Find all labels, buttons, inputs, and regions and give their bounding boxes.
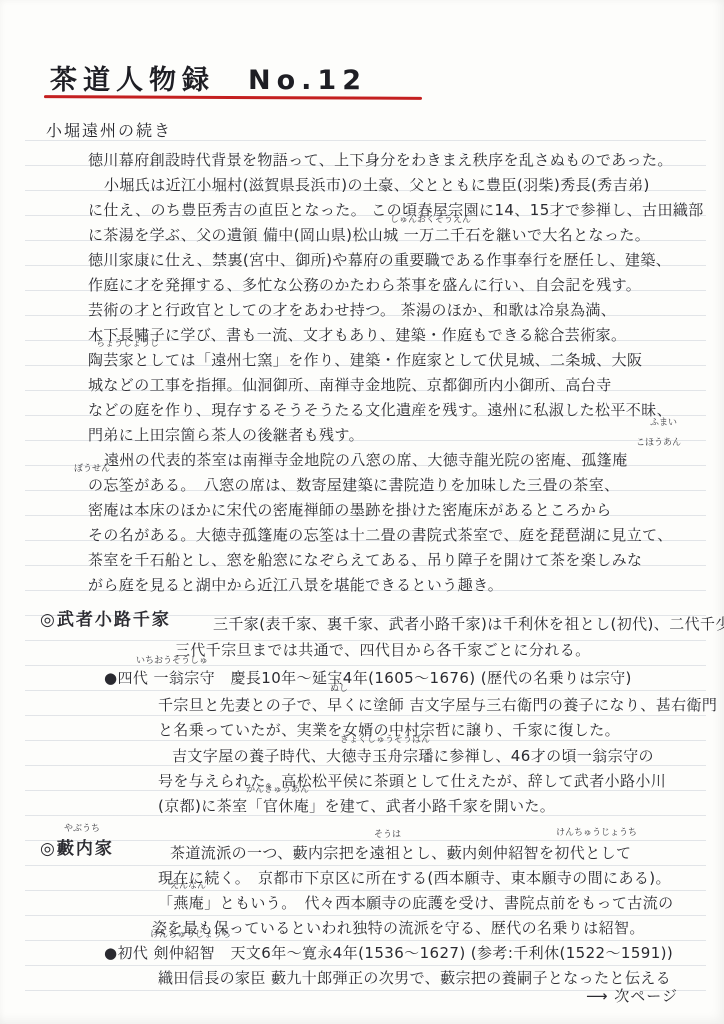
furigana-note: ぬし xyxy=(330,684,348,694)
handwritten-line: などの庭を作り、現存するそうそうたる文化遺産を残す。遠州に私淑した松平不昧、 xyxy=(88,400,672,420)
handwritten-line: 木下長嘯子に学び、書も一流、文才もあり、建築・作庭もできる総合芸術家。 xyxy=(88,325,626,345)
handwritten-line: (京都)に茶室「官休庵」を建て、武者小路千家を開いた。 xyxy=(158,796,555,816)
handwritten-line: 小堀氏は近江小堀村(滋賀県長浜市)の土豪、父とともに豊臣(羽柴)秀長(秀吉弟) xyxy=(104,175,650,195)
entry-shodai-kenchu-jochi: ●初代 剣仲紹智 天文6年〜寛永4年(1536〜1627) (参考:千利休(15… xyxy=(104,943,673,963)
handwritten-line: 千宗旦と先妻との子で、早くに塗師 吉文字屋与三右衛門の養子になり、甚右衛門 xyxy=(158,695,717,715)
furigana-note: ぼうせん xyxy=(74,464,110,474)
handwritten-line: 密庵は本床のほかに宋代の密庵禅師の墨跡を掛けた密庵床があるところから xyxy=(88,500,612,520)
handwritten-line: 徳川家康に仕え、禁裏(宮中、御所)や幕府の重要職である作事奉行を歴任し、建築、 xyxy=(88,250,671,270)
handwritten-line: 号を与えられた。高松松平侯に茶頭として仕えたが、辞して武者小路小川 xyxy=(158,771,666,791)
furigana-note: けんちゅうじょうち xyxy=(556,828,637,838)
handwritten-line: 城などの工事を指揮。仙洞御所、南禅寺金地院、京都御所内小御所、高台寺 xyxy=(88,375,612,395)
furigana-note: ぎょくしゅうそうばん xyxy=(340,735,430,745)
notebook-page: 茶道人物録 No.12 小堀遠州の続き 徳川幕府創設時代背景を物語って、上下身分… xyxy=(0,0,724,1024)
handwritten-line: 茶室を千石船とし、窓を船窓になぞらえてある、吊り障子を開けて茶を楽しみな xyxy=(88,550,642,570)
section-heading-mushanokoji-senke: ◎武者小路千家 xyxy=(40,610,171,630)
handwritten-line: 陶芸家としては「遠州七窯」を作り、建築・作庭家として伏見城、二条城、大阪 xyxy=(88,350,642,370)
handwritten-line: 芸術の才と行政官としての才をあわせ持つ。 茶湯のほか、和歌は冷泉為満、 xyxy=(88,300,616,320)
handwritten-line: 茶道流派の一つ、藪内宗把を遠祖とし、藪内剣仲紹智を初代として xyxy=(170,843,631,863)
handwritten-line: 吉文字屋の養子時代、大徳寺玉舟宗璠に参禅し、46才の頃一翁宗守の xyxy=(172,746,654,766)
handwritten-line: 遠州の代表的茶室は南禅寺金地院の八窓の席、大徳寺龍光院の密庵、孤篷庵 xyxy=(104,450,628,470)
furigana-note: ちょうしょうし xyxy=(96,339,159,349)
furigana-note: かんきゅうあん xyxy=(246,785,309,795)
furigana-note: えんなん xyxy=(170,881,206,891)
handwritten-line: 「燕庵」ともいう。 代々西本願寺の庇護を受け、書院点前をもって古流の xyxy=(158,893,674,913)
handwritten-line: その名がある。大徳寺孤篷庵の忘筌は十二畳の書院式茶室で、庭を琵琶湖に見立て、 xyxy=(88,525,673,545)
furigana-note: けんちゅうじょうち xyxy=(150,930,231,940)
page-title: 茶道人物録 No.12 xyxy=(50,58,367,97)
furigana-note: いちおうそうしゅ xyxy=(136,656,208,666)
handwritten-line: 現在に続く。 京都市下京区に所在する(西本願寺、東本願寺の間にある)。 xyxy=(158,868,671,888)
furigana-note: ふまい xyxy=(650,418,677,428)
handwritten-line: 三代千宗旦までは共通で、四代目から各千家ごとに分れる。 xyxy=(175,640,591,660)
section-heading-kobori-enshu: 小堀遠州の続き xyxy=(46,118,172,141)
furigana-note: やぶうち xyxy=(64,824,100,834)
furigana-note: こほうあん xyxy=(636,438,681,448)
next-page-note: ⟶ 次ページ xyxy=(586,985,678,1006)
handwritten-line: 門弟に上田宗箇ら茶人の後継者も残す。 xyxy=(88,425,364,445)
furigana-note: しゅんおくそうえん xyxy=(390,215,471,225)
entry-yondai-ichio-soshu: ●四代 一翁宗守 慶長10年〜延宝4年(1605〜1676) (歴代の名乗りは宗… xyxy=(104,668,632,688)
section-heading-yabunouchi-ke: ◎藪内家 xyxy=(40,839,114,859)
title-underline xyxy=(44,95,422,100)
handwritten-line: 作庭に才を発揮する、多忙な公務のかたわら茶事を盛んに行い、自会記を残す。 xyxy=(88,275,641,295)
handwritten-line: がら庭を見ると湖中から近江八景を堪能できるという趣き。 xyxy=(88,575,503,595)
handwritten-line: の忘筌がある。 八窓の席は、数寄屋建築に書院造りを加味した三畳の茶室、 xyxy=(88,475,620,495)
handwritten-line: 三千家(表千家、裏千家、武者小路千家)は千利休を祖とし(初代)、二代千少庵 xyxy=(213,614,724,634)
furigana-note: そうは xyxy=(374,830,401,840)
handwritten-line: に茶湯を学ぶ、父の遺領 備中(岡山県)松山城 一万二千石を継いで大名となった。 xyxy=(88,225,650,245)
handwritten-line: 徳川幕府創設時代背景を物語って、上下身分をわきまえ秩序を乱さぬものであった。 xyxy=(88,150,673,170)
